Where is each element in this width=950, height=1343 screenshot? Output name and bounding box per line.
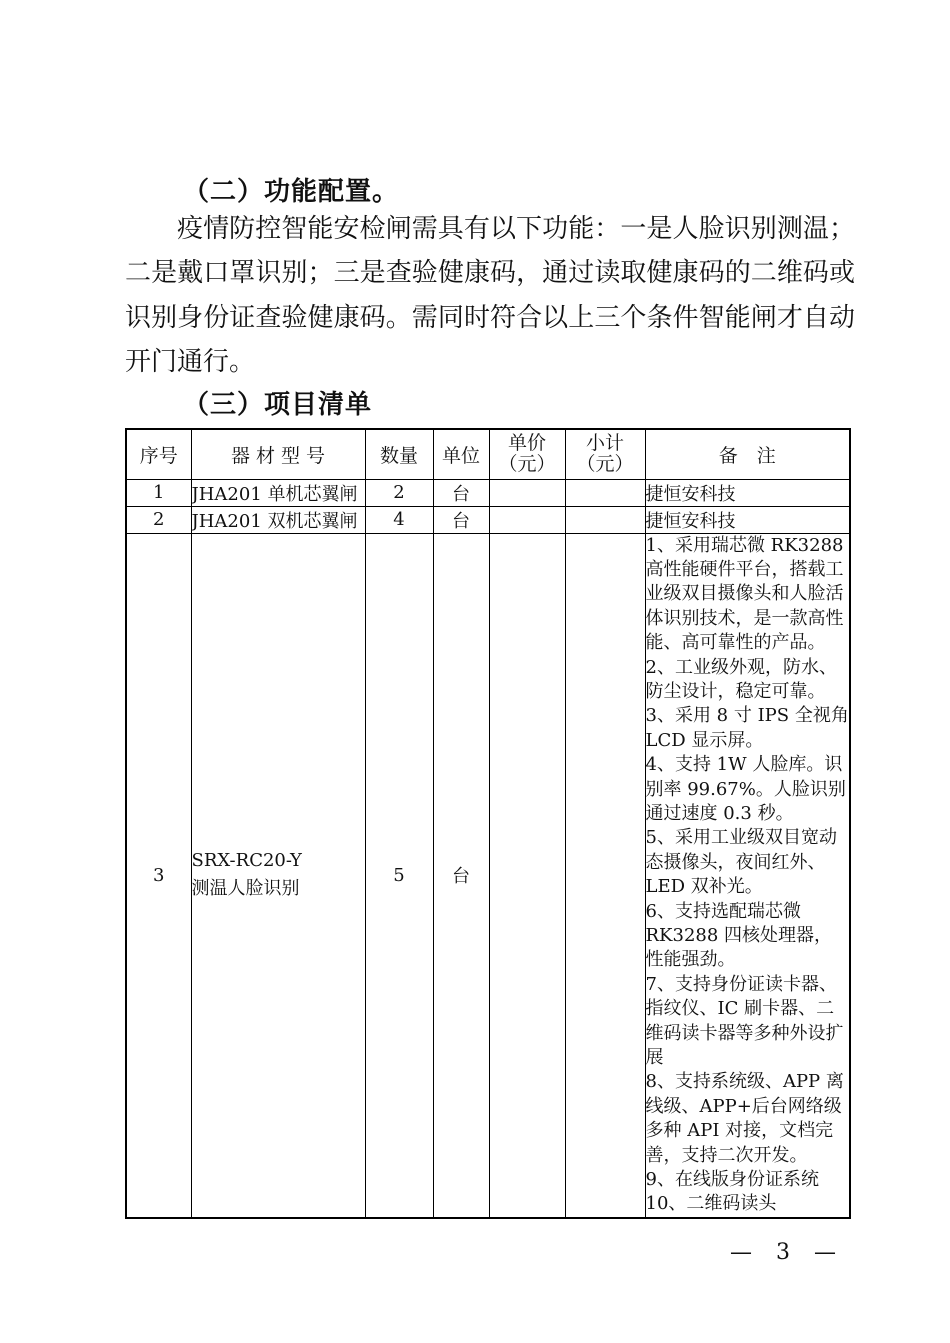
remark-item: 4、支持 1W 人脸库。识别率 99.67%。人脸识别通过速度 0.3 秒。 (646, 753, 850, 826)
remark-item: 9、在线版身份证系统 (646, 1168, 850, 1192)
remark-item: 3、采用 8 寸 IPS 全视角 LCD 显示屏。 (646, 704, 850, 753)
paragraph-line: 二是戴口罩识别；三是查验健康码，通过读取健康码的二维码或 (125, 251, 855, 295)
remark-item: 10、二维码读头 (646, 1192, 850, 1216)
body-paragraph: 疫情防控智能安检闸需具有以下功能：一是人脸识别测温； 二是戴口罩识别；三是查验健… (125, 207, 855, 385)
paragraph-line: 识别身份证查验健康码。需同时符合以上三个条件智能闸才自动 (125, 296, 855, 340)
table-header-row: 序号 器 材 型 号 数量 单位 单价 （元） 小计 （元） 备 注 (126, 429, 850, 479)
remark-cell: 1、采用瑞芯微 RK3288 高性能硬件平台，搭载工业级双目摄像头和人脸活体识别… (645, 533, 850, 1218)
unit-price-cell (489, 479, 565, 506)
subtotal-cell (565, 506, 645, 533)
model-cell: JHA201 双机芯翼闸 (191, 506, 365, 533)
col-header-unit-price: 单价 （元） (489, 429, 565, 479)
model-line: 测温人脸识别 (192, 875, 365, 903)
col-header-serial: 序号 (126, 429, 191, 479)
serial-cell: 1 (126, 479, 191, 506)
remark-item: 2、工业级外观，防水、防尘设计，稳定可靠。 (646, 656, 850, 705)
qty-cell: 2 (365, 479, 433, 506)
col-header-remark: 备 注 (645, 429, 850, 479)
remark-item: 6、支持选配瑞芯微 RK3288 四核处理器，性能强劲。 (646, 900, 850, 973)
unit-cell: 台 (433, 533, 489, 1218)
project-list-table: 序号 器 材 型 号 数量 单位 单价 （元） 小计 （元） 备 注 1 JHA… (125, 428, 851, 1219)
model-cell: SRX-RC20-Y 测温人脸识别 (191, 533, 365, 1218)
remark-item: 1、采用瑞芯微 RK3288 高性能硬件平台，搭载工业级双目摄像头和人脸活体识别… (646, 534, 850, 656)
unit-cell: 台 (433, 479, 489, 506)
subtotal-cell (565, 533, 645, 1218)
serial-cell: 2 (126, 506, 191, 533)
unit-price-cell (489, 506, 565, 533)
serial-cell: 3 (126, 533, 191, 1218)
col-header-subtotal: 小计 （元） (565, 429, 645, 479)
section-heading-project-list: （三）项目清单 (183, 384, 372, 421)
remark-item: 8、支持系统级、APP 离线级、APP+后台网络级多种 API 对接，文档完善，… (646, 1070, 850, 1168)
qty-cell: 4 (365, 506, 433, 533)
remark-item: 7、支持身份证读卡器、指纹仪、IC 刷卡器、二维码读卡器等多种外设扩展 (646, 973, 850, 1071)
unit-price-cell (489, 533, 565, 1218)
col-header-model: 器 材 型 号 (191, 429, 365, 479)
model-line: SRX-RC20-Y (192, 847, 365, 875)
model-cell: JHA201 单机芯翼闸 (191, 479, 365, 506)
table-row: 2 JHA201 双机芯翼闸 4 台 捷恒安科技 (126, 506, 850, 533)
section-heading-function-config: （二）功能配置。 (183, 171, 399, 208)
page-number: — 3 — (727, 1240, 839, 1265)
table-row: 1 JHA201 单机芯翼闸 2 台 捷恒安科技 (126, 479, 850, 506)
unit-cell: 台 (433, 506, 489, 533)
table-row: 3 SRX-RC20-Y 测温人脸识别 5 台 1、采用瑞芯微 RK3288 高… (126, 533, 850, 1218)
subtotal-cell (565, 479, 645, 506)
remark-cell: 捷恒安科技 (645, 506, 850, 533)
paragraph-line: 开门通行。 (125, 340, 855, 384)
remark-item: 5、采用工业级双目宽动态摄像头，夜间红外、LED 双补光。 (646, 826, 850, 899)
col-header-unit: 单位 (433, 429, 489, 479)
col-header-qty: 数量 (365, 429, 433, 479)
paragraph-line: 疫情防控智能安检闸需具有以下功能：一是人脸识别测温； (125, 207, 855, 251)
qty-cell: 5 (365, 533, 433, 1218)
remark-cell: 捷恒安科技 (645, 479, 850, 506)
